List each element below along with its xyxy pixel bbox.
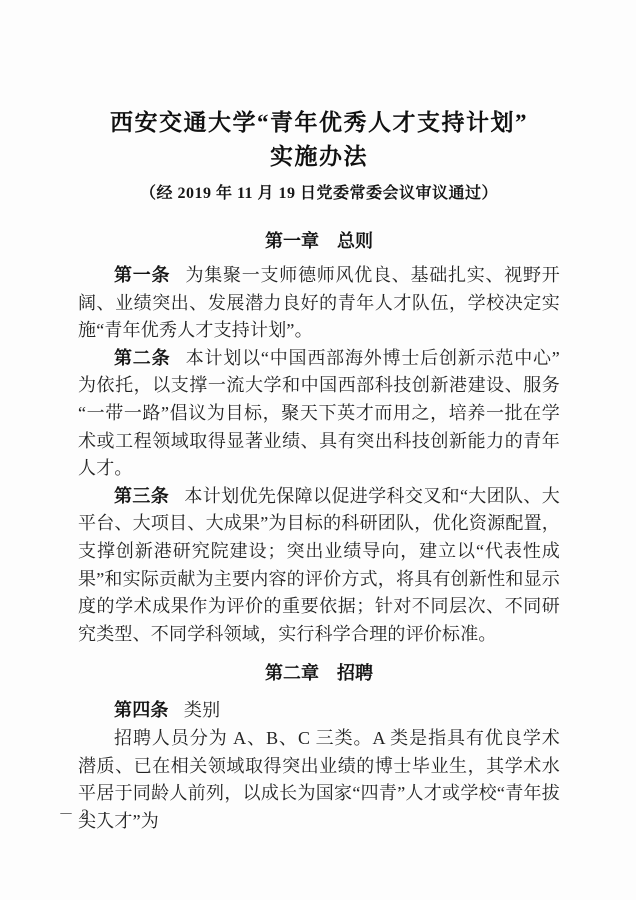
article-1: 第一条为集聚一支师德师风优良、基础扎实、视野开阔、业绩突出、发展潜力良好的青年人… <box>78 262 560 345</box>
document-content: 西安交通大学“青年优秀人才支持计划” 实施办法 （经 2019 年 11 月 1… <box>0 0 636 835</box>
chapter-1-heading: 第一章 总则 <box>78 229 560 254</box>
chapter-2-articles: 第四条类别 招聘人员分为 A、B、C 三类。A 类是指具有优良学术潜质、已在相关… <box>78 697 560 835</box>
document-title-line2: 实施办法 <box>78 140 560 174</box>
article-4-label: 第四条 <box>114 700 169 720</box>
article-3-text: 本计划优先保障以促进学科交叉和“大团队、大平台、大项目、大成果”为目标的科研团队… <box>78 486 560 644</box>
approval-note: （经 2019 年 11 月 19 日党委常委会议审议通过） <box>78 183 560 205</box>
article-4-paragraph: 招聘人员分为 A、B、C 三类。A 类是指具有优良学术潜质、已在相关领域取得突出… <box>78 725 560 835</box>
document-title: 西安交通大学“青年优秀人才支持计划” 实施办法 <box>78 106 560 174</box>
document-page: 西安交通大学“青年优秀人才支持计划” 实施办法 （经 2019 年 11 月 1… <box>0 0 636 900</box>
article-3-label: 第三条 <box>114 486 169 506</box>
article-4-text: 类别 <box>184 700 220 720</box>
page-number: － 2 － <box>56 803 116 824</box>
article-3: 第三条本计划优先保障以促进学科交叉和“大团队、大平台、大项目、大成果”为目标的科… <box>78 483 560 649</box>
article-4: 第四条类别 <box>78 697 560 725</box>
article-2-label: 第二条 <box>114 348 170 368</box>
chapter-1-articles: 第一条为集聚一支师德师风优良、基础扎实、视野开阔、业绩突出、发展潜力良好的青年人… <box>78 262 560 648</box>
article-2: 第二条本计划以“中国西部海外博士后创新示范中心”为依托，以支撑一流大学和中国西部… <box>78 345 560 483</box>
document-title-line1: 西安交通大学“青年优秀人才支持计划” <box>78 106 560 140</box>
chapter-2-heading: 第二章 招聘 <box>78 661 560 686</box>
article-1-label: 第一条 <box>114 265 170 285</box>
